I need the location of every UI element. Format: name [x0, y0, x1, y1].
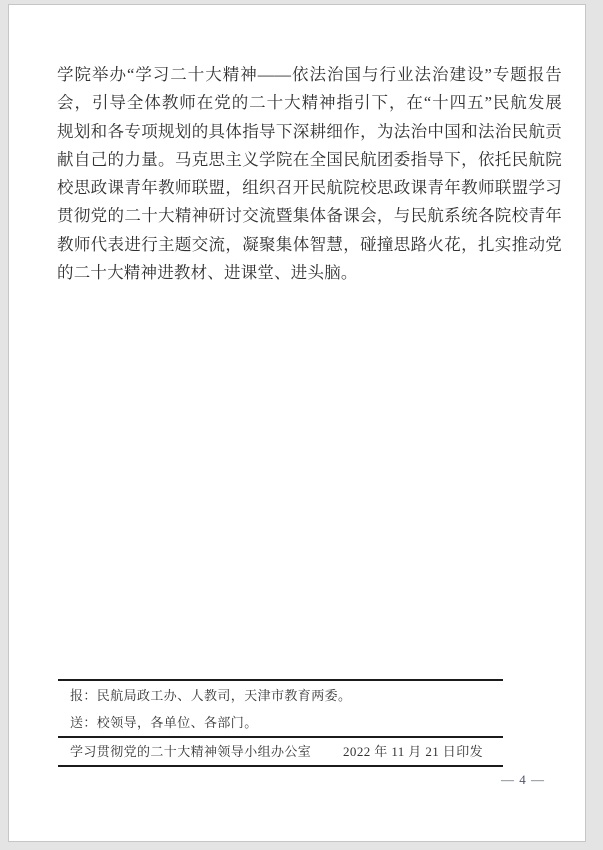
body-line: 规划和各专项规划的具体指导下深耕细作，为法治中国和法治民航贡	[57, 118, 562, 146]
body-line: 献自己的力量。马克思主义学院在全国民航团委指导下，依托民航院	[57, 146, 562, 174]
body-line: 会，引导全体教师在党的二十大精神指引下，在“十四五”民航发展	[57, 89, 562, 117]
body-line: 的二十大精神进教材、进课堂、进头脑。	[57, 259, 562, 287]
body-line: 教师代表进行主题交流，凝聚集体智慧，碰撞思路火花，扎实推动党	[57, 231, 562, 259]
distribution-footer: 报：民航局政工办、人教司，天津市教育两委。 送：校领导，各单位、各部门。 学习贯…	[58, 679, 503, 767]
send-to-line: 送：校领导，各单位、各部门。	[58, 709, 503, 736]
page-number: — 4 —	[501, 772, 545, 788]
issuing-office: 学习贯彻党的二十大精神领导小组办公室	[70, 738, 311, 765]
document-page: 学院举办“学习二十大精神——依法治国与行业法治建设”专题报告会，引导全体教师在党…	[8, 4, 586, 842]
body-line: 贯彻党的二十大精神研讨交流暨集体备课会，与民航系统各院校青年	[57, 202, 562, 230]
print-date: 2022 年 11 月 21 日印发	[343, 738, 483, 765]
body-line: 校思政课青年教师联盟，组织召开民航院校思政课青年教师联盟学习	[57, 174, 562, 202]
body-paragraph: 学院举办“学习二十大精神——依法治国与行业法治建设”专题报告会，引导全体教师在党…	[57, 61, 562, 287]
report-to-line: 报：民航局政工办、人教司，天津市教育两委。	[58, 681, 503, 709]
issue-line: 学习贯彻党的二十大精神领导小组办公室 2022 年 11 月 21 日印发	[58, 738, 503, 765]
body-line: 学院举办“学习二十大精神——依法治国与行业法治建设”专题报告	[57, 61, 562, 89]
